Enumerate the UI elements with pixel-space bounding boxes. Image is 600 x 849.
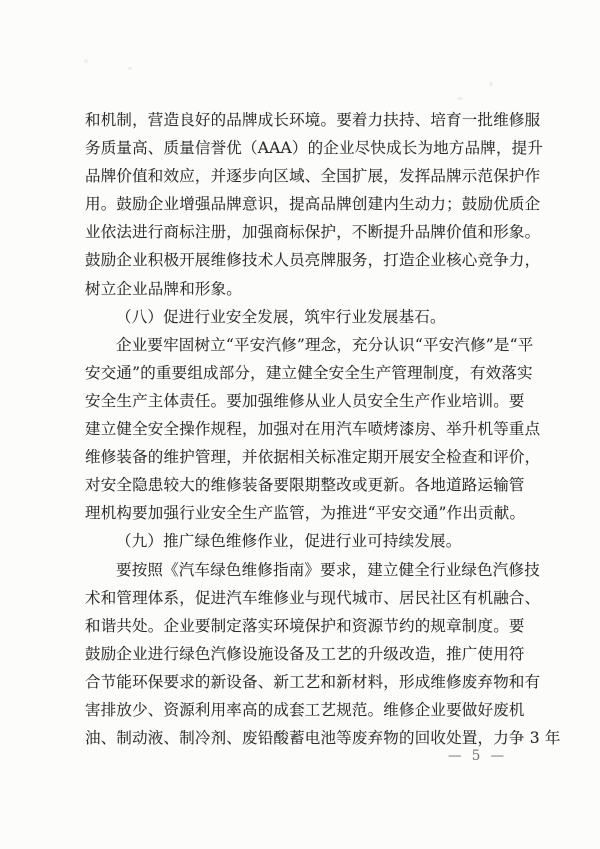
document-text-block: 和机制，营造良好的品牌成长环境。要着力扶持、培育一批维修服 务质量高、质量信誉优… [85,106,540,752]
paragraph-green-maintenance: 要按照《汽车绿色维修指南》要求，建立健全行业绿色汽修技 术和管理体系，促进汽车维… [85,556,540,753]
scan-speck [84,59,88,63]
text-line: 术和管理体系，促进汽车维修业与现代城市、居民社区有机融合、 [85,584,540,612]
scan-speck [128,67,132,70]
text-line: 和机制，营造良好的品牌成长环境。要着力扶持、培育一批维修服 [85,106,540,134]
text-line: 安交通”的重要组成部分，建立健全安全生产管理制度，有效落实 [85,359,540,387]
text-line: 要按照《汽车绿色维修指南》要求，建立健全行业绿色汽修技 [85,556,540,584]
text-line: 务质量高、质量信誉优（AAA）的企业尽快成长为地方品牌，提升 [85,134,540,162]
text-line: 和谐共处。企业要制定落实环境保护和资源节约的规章制度。要 [85,612,540,640]
text-line: 用。鼓励企业增强品牌意识，提高品牌创建内生动力；鼓励优质企 [85,190,540,218]
paragraph-safety-development: 企业要牢固树立“平安汽修”理念，充分认识“平安汽修”是“平 安交通”的重要组成部… [85,331,540,528]
text-line: 合节能环保要求的新设备、新工艺和新材料，形成维修废弃物和有 [85,668,540,696]
heading-line: （九）推广绿色维修作业，促进行业可持续发展。 [85,527,540,555]
heading-line: （八）促进行业安全发展，筑牢行业发展基石。 [85,303,540,331]
scan-speck [457,97,463,100]
text-line: 企业要牢固树立“平安汽修”理念，充分认识“平安汽修”是“平 [85,331,540,359]
text-line: 对安全隐患较大的维修装备要限期整改或更新。各地道路运输管 [85,471,540,499]
text-line: 树立企业品牌和形象。 [85,275,540,303]
section-heading-8: （八）促进行业安全发展，筑牢行业发展基石。 [85,303,540,331]
page-number: — 5 — [448,748,507,764]
scan-speck [489,82,493,86]
section-heading-9: （九）推广绿色维修作业，促进行业可持续发展。 [85,527,540,555]
text-line: 害排放少、资源利用率高的成套工艺规范。维修企业要做好废机 [85,696,540,724]
text-line: 维修装备的维护管理，并依据相关标准定期开展安全检查和评价， [85,443,540,471]
text-line: 安全生产主体责任。要加强维修从业人员安全生产作业培训。要 [85,387,540,415]
text-line: 建立健全安全操作规程，加强对在用汽车喷烤漆房、举升机等重点 [85,415,540,443]
text-line: 品牌价值和效应，并逐步向区域、全国扩展，发挥品牌示范保护作 [85,162,540,190]
scanned-document-page: 和机制，营造良好的品牌成长环境。要着力扶持、培育一批维修服 务质量高、质量信誉优… [0,0,600,849]
text-line: 业依法进行商标注册，加强商标保护，不断提升品牌价值和形象。 [85,218,540,246]
text-line: 鼓励企业进行绿色汽修设施设备及工艺的升级改造，推广使用符 [85,640,540,668]
text-line: 鼓励企业积极开展维修技术人员亮牌服务，打造企业核心竞争力， [85,246,540,274]
paragraph-brand-development: 和机制，营造良好的品牌成长环境。要着力扶持、培育一批维修服 务质量高、质量信誉优… [85,106,540,303]
text-line: 理机构要加强行业安全生产监管，为推进“平安交通”作出贡献。 [85,499,540,527]
